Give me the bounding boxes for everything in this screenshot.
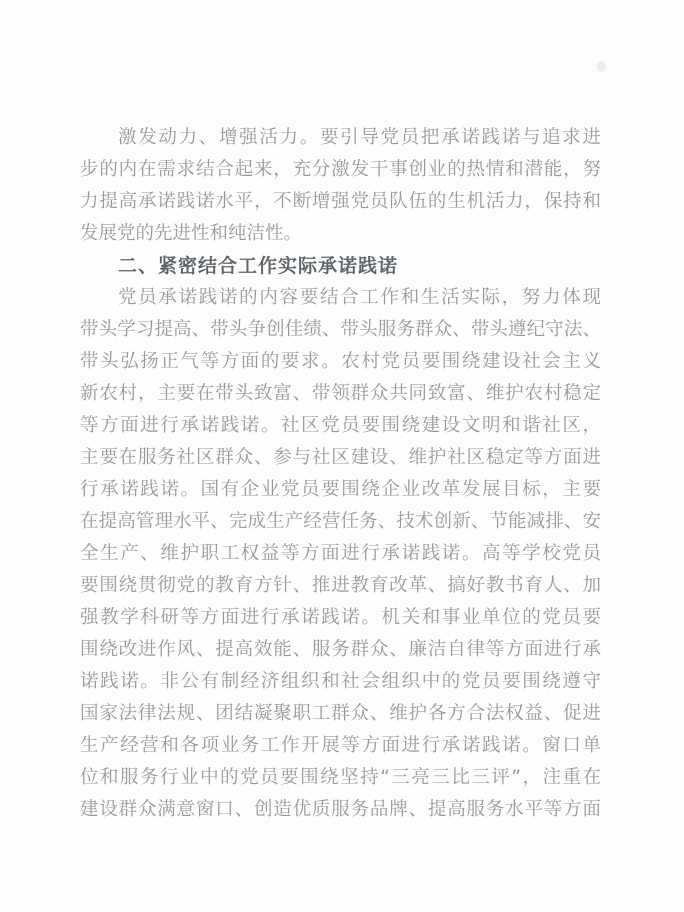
document-text-block: 激发动力、增强活力。要引导党员把承诺践诺与追求进 步的内在需求结合起来，充分激发… <box>80 122 601 826</box>
text-line: 力提高承诺践诺水平，不断增强党员队伍的生机活力，保持和 <box>80 186 601 218</box>
text-line: 带头弘扬正气等方面的要求。农村党员要围绕建设社会主义 <box>80 346 601 378</box>
text-line: 诺践诺。非公有制经济组织和社会组织中的党员要围绕遵守 <box>80 666 601 698</box>
text-line: 步的内在需求结合起来，充分激发干事创业的热情和潜能，努 <box>80 154 601 186</box>
text-line: 国家法律法规、团结凝聚职工群众、维护各方合法权益、促进 <box>80 698 601 730</box>
text-line: 激发动力、增强活力。要引导党员把承诺践诺与追求进 <box>80 122 601 154</box>
text-line: 行承诺践诺。国有企业党员要围绕企业改革发展目标，主要 <box>80 474 601 506</box>
text-line: 在提高管理水平、完成生产经营任务、技术创新、节能减排、安 <box>80 506 601 538</box>
text-line: 生产经营和各项业务工作开展等方面进行承诺践诺。窗口单 <box>80 730 601 762</box>
text-line: 新农村，主要在带头致富、带领群众共同致富、维护农村稳定 <box>80 378 601 410</box>
text-line: 带头学习提高、带头争创佳绩、带头服务群众、带头遵纪守法、 <box>80 314 601 346</box>
text-line: 围绕改进作风、提高效能、服务群众、廉洁自律等方面进行承 <box>80 634 601 666</box>
scan-smudge-artifact <box>597 61 606 72</box>
text-line: 要围绕贯彻党的教育方针、推进教育改革、搞好教书育人、加 <box>80 570 601 602</box>
text-line: 主要在服务社区群众、参与社区建设、维护社区稳定等方面进 <box>80 442 601 474</box>
text-line: 位和服务行业中的党员要围绕坚持“三亮三比三评”，注重在 <box>80 762 601 794</box>
text-line: 党员承诺践诺的内容要结合工作和生活实际，努力体现 <box>80 282 601 314</box>
scanned-document-page: 激发动力、增强活力。要引导党员把承诺践诺与追求进 步的内在需求结合起来，充分激发… <box>0 0 684 912</box>
text-line: 建设群众满意窗口、创造优质服务品牌、提高服务水平等方面 <box>80 794 601 826</box>
text-line: 全生产、维护职工权益等方面进行承诺践诺。高等学校党员 <box>80 538 601 570</box>
section-heading: 二、紧密结合工作实际承诺践诺 <box>80 250 601 282</box>
text-line: 发展党的先进性和纯洁性。 <box>80 218 601 250</box>
text-line: 强教学科研等方面进行承诺践诺。机关和事业单位的党员要 <box>80 602 601 634</box>
text-line: 等方面进行承诺践诺。社区党员要围绕建设文明和谐社区， <box>80 410 601 442</box>
